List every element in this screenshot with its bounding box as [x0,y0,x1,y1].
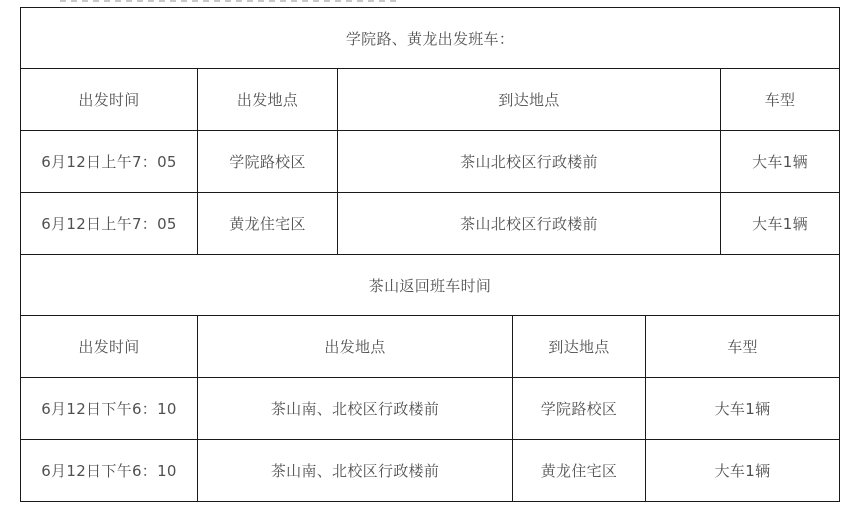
header-departure-time: 出发时间 [21,316,198,378]
cell-arrival-place: 学院路校区 [513,378,646,440]
header-arrival-place: 到达地点 [338,69,721,131]
cell-departure-time: 6月12日上午7：05 [21,193,198,255]
header-departure-place: 出发地点 [198,69,338,131]
header-vehicle-type: 车型 [721,69,840,131]
clipped-text-fragment [60,0,400,2]
cell-arrival-place: 茶山北校区行政楼前 [338,131,721,193]
cell-arrival-place: 茶山北校区行政楼前 [338,193,721,255]
outbound-header-row: 出发时间 出发地点 到达地点 车型 [21,69,840,131]
cell-departure-place: 茶山南、北校区行政楼前 [198,378,513,440]
header-vehicle-type: 车型 [646,316,840,378]
cell-vehicle-type: 大车1辆 [721,193,840,255]
cell-departure-place: 学院路校区 [198,131,338,193]
cell-departure-place: 黄龙住宅区 [198,193,338,255]
cell-vehicle-type: 大车1辆 [646,378,840,440]
return-title-row: 茶山返回班车时间 [21,255,840,316]
header-departure-place: 出发地点 [198,316,513,378]
bus-schedule-table: 学院路、黄龙出发班车： 出发时间 出发地点 到达地点 车型 6月12日上午7：0… [20,7,840,502]
cell-vehicle-type: 大车1辆 [646,440,840,502]
return-header-row: 出发时间 出发地点 到达地点 车型 [21,316,840,378]
cell-arrival-place: 黄龙住宅区 [513,440,646,502]
return-section-title: 茶山返回班车时间 [21,255,840,316]
cell-departure-time: 6月12日下午6：10 [21,440,198,502]
table-row: 6月12日下午6：10 茶山南、北校区行政楼前 学院路校区 大车1辆 [21,378,840,440]
outbound-title-row: 学院路、黄龙出发班车： [21,8,840,69]
clipped-text-line [0,0,848,6]
cell-departure-place: 茶山南、北校区行政楼前 [198,440,513,502]
header-departure-time: 出发时间 [21,69,198,131]
table-row: 6月12日下午6：10 茶山南、北校区行政楼前 黄龙住宅区 大车1辆 [21,440,840,502]
cell-departure-time: 6月12日上午7：05 [21,131,198,193]
outbound-section-title: 学院路、黄龙出发班车： [21,8,840,69]
table-row: 6月12日上午7：05 学院路校区 茶山北校区行政楼前 大车1辆 [21,131,840,193]
table-row: 6月12日上午7：05 黄龙住宅区 茶山北校区行政楼前 大车1辆 [21,193,840,255]
cell-departure-time: 6月12日下午6：10 [21,378,198,440]
header-arrival-place: 到达地点 [513,316,646,378]
cell-vehicle-type: 大车1辆 [721,131,840,193]
